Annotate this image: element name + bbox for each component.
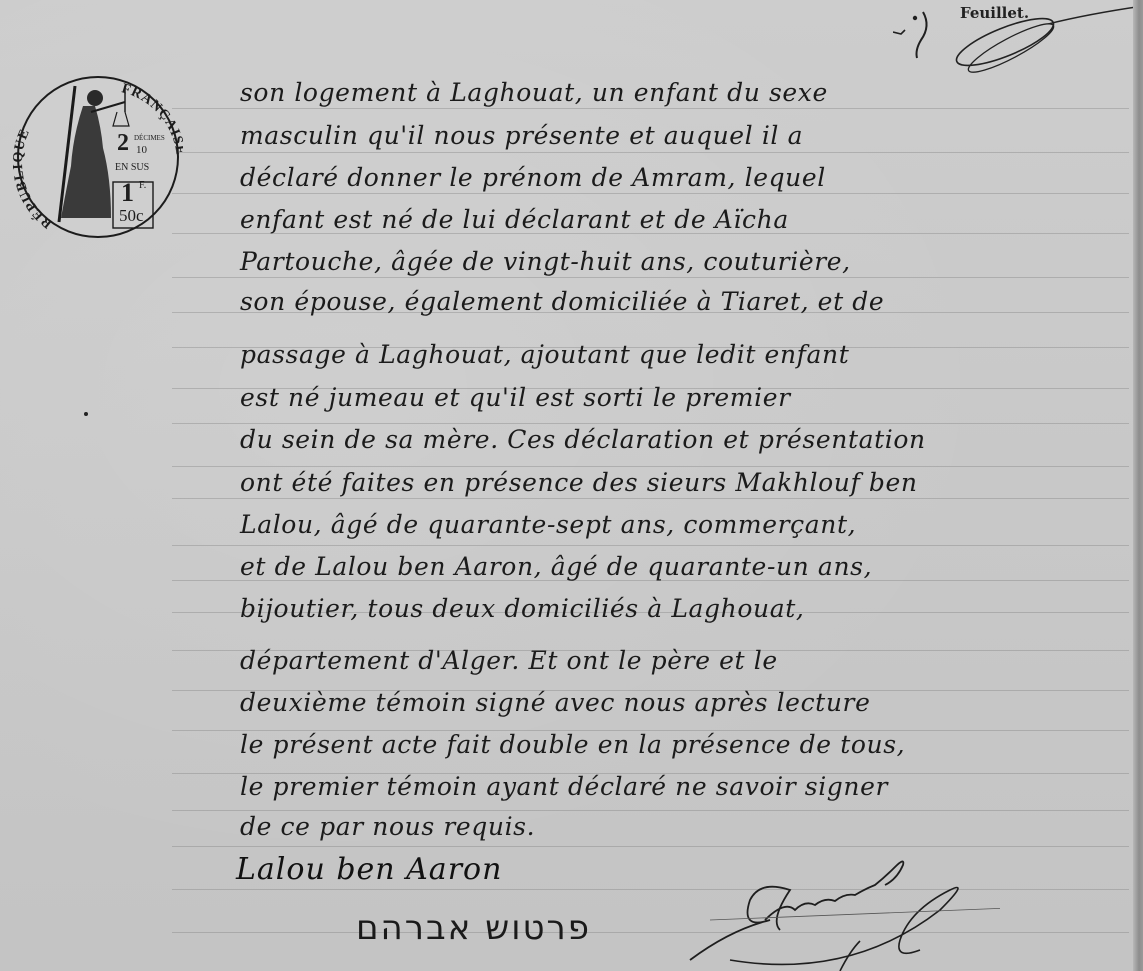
marianne-seal-icon: RÉPUBLIQUE FRANÇAISE (13, 72, 183, 242)
ruled-line (172, 810, 1129, 811)
body-line: deuxième témoin signé avec nous après le… (240, 688, 870, 717)
stamp-surcharge-number: 2 (117, 130, 129, 157)
ink-spot (84, 412, 88, 416)
officer-signature-icon (670, 860, 1000, 971)
ruled-line (172, 277, 1129, 278)
body-line: passage à Laghouat, ajoutant que ledit e… (240, 340, 849, 369)
body-line: Partouche, âgée de vingt-huit ans, coutu… (240, 247, 851, 276)
body-line: est né jumeau et qu'il est sorti le prem… (240, 383, 791, 412)
stamp-value-centimes: 50c (119, 206, 144, 226)
body-line: déclaré donner le prénom de Amram, leque… (240, 163, 826, 192)
fiscal-stamp: RÉPUBLIQUE FRANÇAISE 2 DÉCIMES 10 EN SUS… (13, 72, 183, 242)
stamp-fraction: 10 (136, 144, 147, 156)
body-line: et de Lalou ben Aaron, âgé de quarante-u… (240, 552, 872, 581)
stamp-decimes-label: DÉCIMES (134, 134, 165, 142)
body-line: département d'Alger. Et ont le père et l… (240, 646, 778, 675)
ruled-line (172, 193, 1129, 194)
ruled-line (172, 423, 1129, 424)
ruled-line (172, 466, 1129, 467)
stamp-value-francs: 1 (121, 178, 134, 208)
body-line: Lalou, âgé de quarante-sept ans, commerç… (240, 510, 856, 539)
body-line: le présent acte fait double en la présen… (240, 730, 905, 759)
father-hebrew-signature: פרטוש אברהם (356, 908, 591, 948)
ruled-line (172, 846, 1129, 847)
body-line: du sein de sa mère. Ces déclaration et p… (240, 425, 926, 454)
stamp-ensus-label: EN SUS (115, 162, 149, 173)
body-line: de ce par nous requis. (240, 812, 535, 841)
witness-signature: Lalou ben Aaron (236, 852, 502, 887)
stamp-value-unit: F. (139, 180, 146, 191)
ruled-line (172, 152, 1129, 153)
body-line: bijoutier, tous deux domiciliés à Laghou… (240, 594, 804, 623)
body-line: ont été faites en présence des sieurs Ma… (240, 468, 918, 497)
body-line: masculin qu'il nous présente et auquel i… (240, 121, 803, 150)
sheet-label: Feuillet. (960, 4, 1029, 22)
body-line: son épouse, également domiciliée à Tiare… (240, 287, 884, 316)
page-binding-edge (1133, 0, 1143, 971)
ruled-line (172, 498, 1129, 499)
body-line: enfant est né de lui déclarant et de Aïc… (240, 205, 789, 234)
ruled-line (172, 108, 1129, 109)
body-line: son logement à Laghouat, un enfant du se… (240, 78, 828, 107)
ruled-line (172, 545, 1129, 546)
document-page: Feuillet. RÉPUBLIQUE FRANÇAISE 2 DÉC (0, 0, 1143, 971)
body-line: le premier témoin ayant déclaré ne savoi… (240, 772, 888, 801)
